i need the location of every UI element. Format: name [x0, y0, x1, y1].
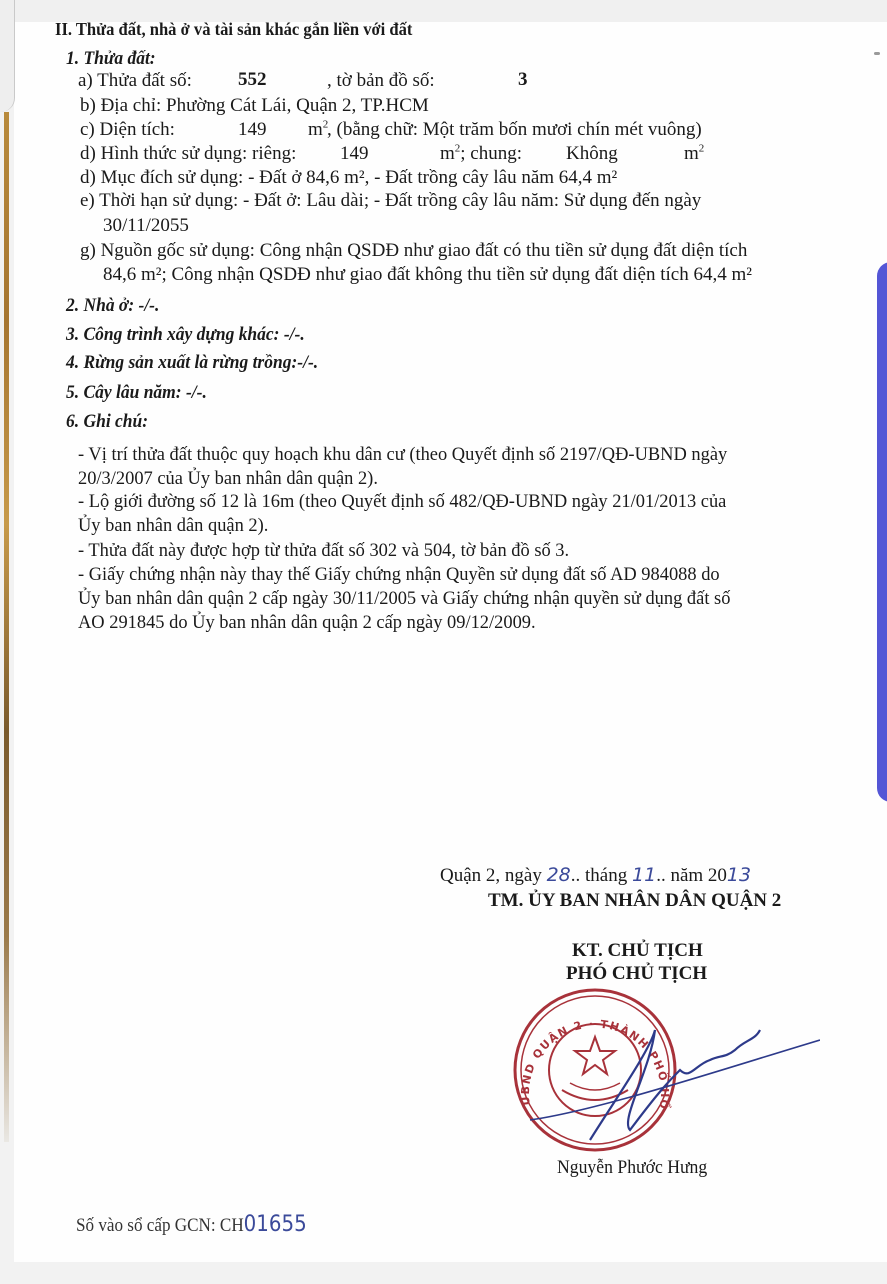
usage-term-line2: 30/11/2055	[103, 215, 189, 237]
signer-role-acting: KT. CHỦ TỊCH	[572, 940, 703, 962]
usage-term-line1: e) Thời hạn sử dụng: - Đất ở: Lâu dài; -…	[80, 190, 701, 212]
note-line: - Vị trí thửa đất thuộc quy hoạch khu dâ…	[78, 444, 727, 466]
handwritten-signature	[520, 1010, 820, 1150]
area-unit: m2	[308, 119, 328, 141]
paper-mark	[874, 52, 880, 55]
area-value: 149	[238, 119, 267, 141]
usage-form-label: d) Hình thức sử dụng: riêng:	[80, 143, 296, 165]
place-date: Quận 2, ngày 28.. tháng 11.. năm 2013	[440, 864, 751, 887]
usage-private-unit: m2; chung:	[440, 143, 522, 165]
handwritten-day: 28	[547, 864, 571, 886]
previous-page-edge	[0, 0, 15, 112]
handwritten-year: 13	[727, 864, 751, 886]
scroll-indicator[interactable]	[877, 262, 887, 802]
perennial-trees-item: 5. Cây lâu năm: -/-.	[66, 382, 207, 404]
usage-shared-unit: m2	[684, 143, 704, 165]
address-row: b) Địa chỉ: Phường Cát Lái, Quận 2, TP.H…	[80, 95, 429, 117]
section-heading: II. Thửa đất, nhà ở và tài sản khác gắn …	[55, 18, 412, 40]
handwritten-registry-number: 01655	[244, 1212, 307, 1237]
note-line: - Lộ giới đường số 12 là 16m (theo Quyết…	[78, 491, 726, 513]
note-line: - Giấy chứng nhận này thay thế Giấy chứn…	[78, 564, 720, 586]
note-line: Ủy ban nhân dân quận 2 cấp ngày 30/11/20…	[78, 588, 730, 610]
land-plot-heading: 1. Thửa đất:	[66, 48, 156, 70]
usage-origin-line2: 84,6 m²; Công nhận QSDĐ như giao đất khô…	[103, 264, 752, 286]
handwritten-month: 11	[632, 864, 656, 886]
production-forest-item: 4. Rừng sản xuất là rừng trồng:-/-.	[66, 352, 318, 374]
usage-origin-line1: g) Nguồn gốc sử dụng: Công nhận QSDĐ như…	[80, 240, 747, 262]
map-sheet-value: 3	[518, 69, 528, 91]
usage-private-value: 149	[340, 143, 369, 165]
plot-number-value: 552	[238, 69, 267, 91]
area-in-words: , (bằng chữ: Một trăm bốn mươi chín mét …	[327, 119, 702, 141]
note-line: AO 291845 do Ủy ban nhân dân quận 2 cấp …	[78, 612, 536, 634]
note-line: Ủy ban nhân dân quận 2).	[78, 515, 268, 537]
note-line: - Thửa đất này được hợp từ thửa đất số 3…	[78, 540, 569, 562]
plot-number-label: a) Thửa đất số:	[78, 70, 192, 91]
usage-shared-value: Không	[566, 143, 618, 165]
note-line: 20/3/2007 của Ủy ban nhân dân quận 2).	[78, 468, 378, 490]
usage-purpose: d) Mục đích sử dụng: - Đất ở 84,6 m², - …	[80, 167, 617, 189]
bottom-bar	[0, 1262, 887, 1284]
plot-number-row: a) Thửa đất số:	[78, 70, 192, 92]
notes-heading: 6. Ghi chú:	[66, 411, 148, 433]
map-sheet-label: , tờ bản đồ số:	[327, 70, 435, 92]
house-item: 2. Nhà ở: -/-.	[66, 295, 159, 317]
signer-name: Nguyễn Phước Hưng	[557, 1157, 707, 1179]
certificate-registry-number: Số vào sổ cấp GCN: CH01655	[76, 1214, 307, 1237]
signer-role-vice: PHÓ CHỦ TỊCH	[566, 963, 707, 985]
issuing-authority: TM. ỦY BAN NHÂN DÂN QUẬN 2	[488, 890, 781, 912]
paper-binding-edge	[4, 112, 9, 1142]
area-label: c) Diện tích:	[80, 119, 175, 141]
other-construction-item: 3. Công trình xây dựng khác: -/-.	[66, 324, 305, 346]
